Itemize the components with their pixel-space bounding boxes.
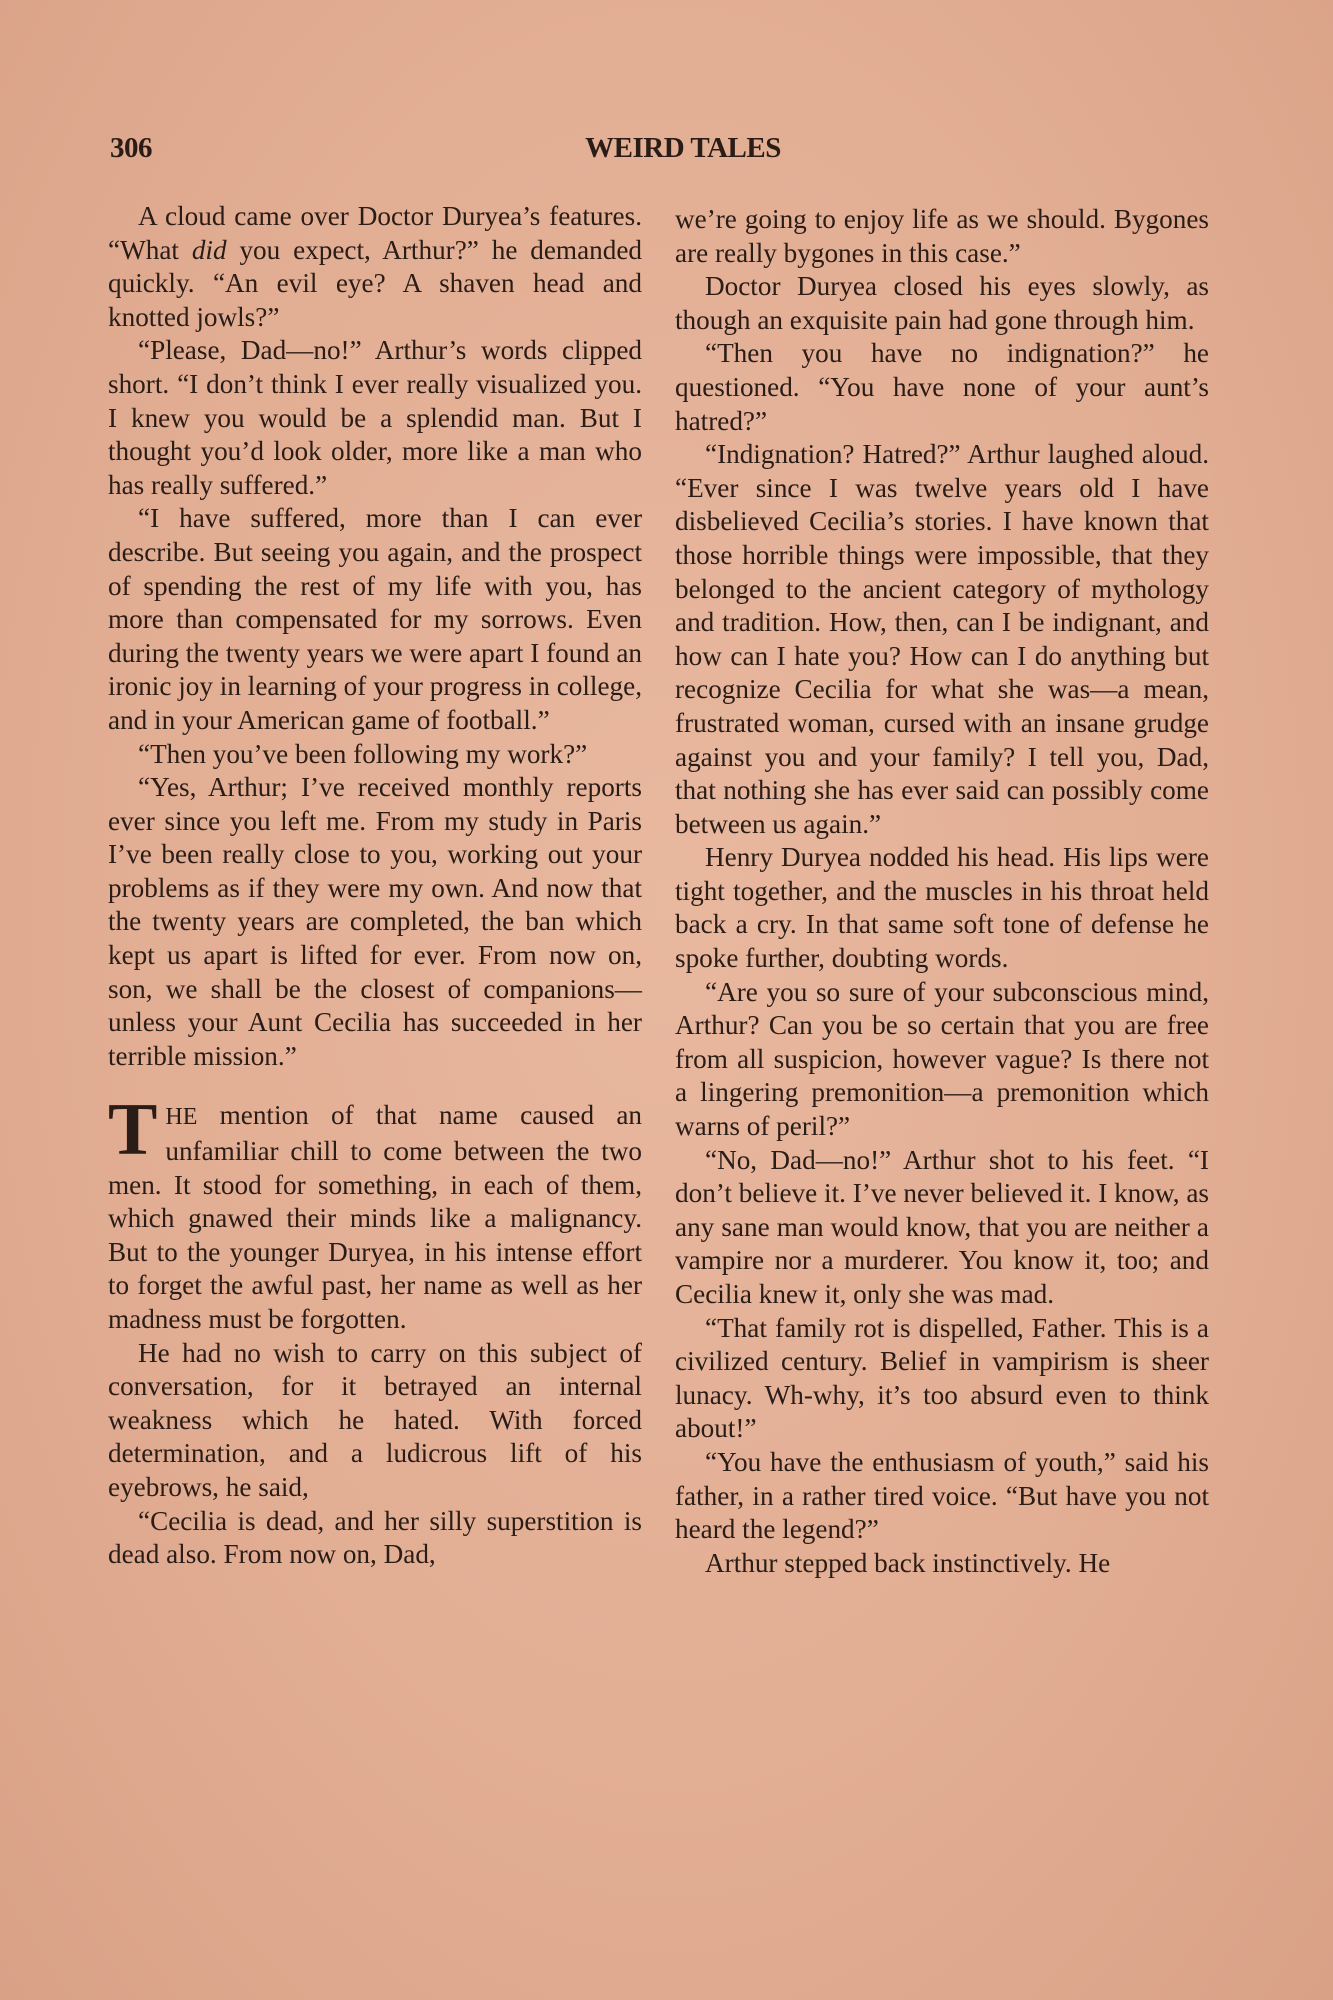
paragraph: “Are you so sure of your subconscious mi… [675,976,1209,1144]
small-caps: HE [165,1104,197,1130]
paragraph: “Cecilia is dead, and her silly super­st… [108,1505,642,1572]
paragraph: we’re going to enjoy life as we should. … [675,203,1209,270]
drop-cap: T [108,1101,157,1159]
page-header: 306 WEIRD TALES [110,132,1220,172]
magazine-title: WEIRD TALES [110,132,1220,165]
section-opening-paragraph: THE mention of that name caused an unfam… [108,1099,642,1336]
paragraph: “Then you have no indignation?” he quest… [675,337,1209,438]
paragraph: “I have suffered, more than I can ever d… [108,502,642,737]
paragraph: “No, Dad—no!” Arthur shot to his feet. “… [675,1144,1209,1312]
right-column: we’re going to enjoy life as we should. … [675,203,1209,1580]
paragraph: Arthur stepped back instinctively. He [675,1547,1209,1581]
text: mention of that name caused an unfamilia… [108,1100,642,1334]
paragraph: “Yes, Arthur; I’ve received monthly repo… [108,771,642,1073]
paragraph: Doctor Duryea closed his eyes slowly, as… [675,270,1209,337]
paragraph: Henry Duryea nodded his head. His lips w… [675,841,1209,975]
paragraph: “That family rot is dispelled, Father. T… [675,1312,1209,1446]
paragraph: A cloud came over Doctor Duryea’s featur… [108,200,642,334]
paragraph: He had no wish to carry on this sub­ject… [108,1337,642,1505]
paragraph: “Please, Dad—no!” Arthur’s words clipped… [108,334,642,502]
emphasis: did [192,235,227,265]
paragraph: “You have the enthusiasm of youth,” said… [675,1446,1209,1547]
paragraph: “Then you’ve been following my work?” [108,738,642,772]
left-column: A cloud came over Doctor Duryea’s featur… [108,200,642,1572]
paragraph: “Indignation? Hatred?” Arthur laughed al… [675,438,1209,841]
